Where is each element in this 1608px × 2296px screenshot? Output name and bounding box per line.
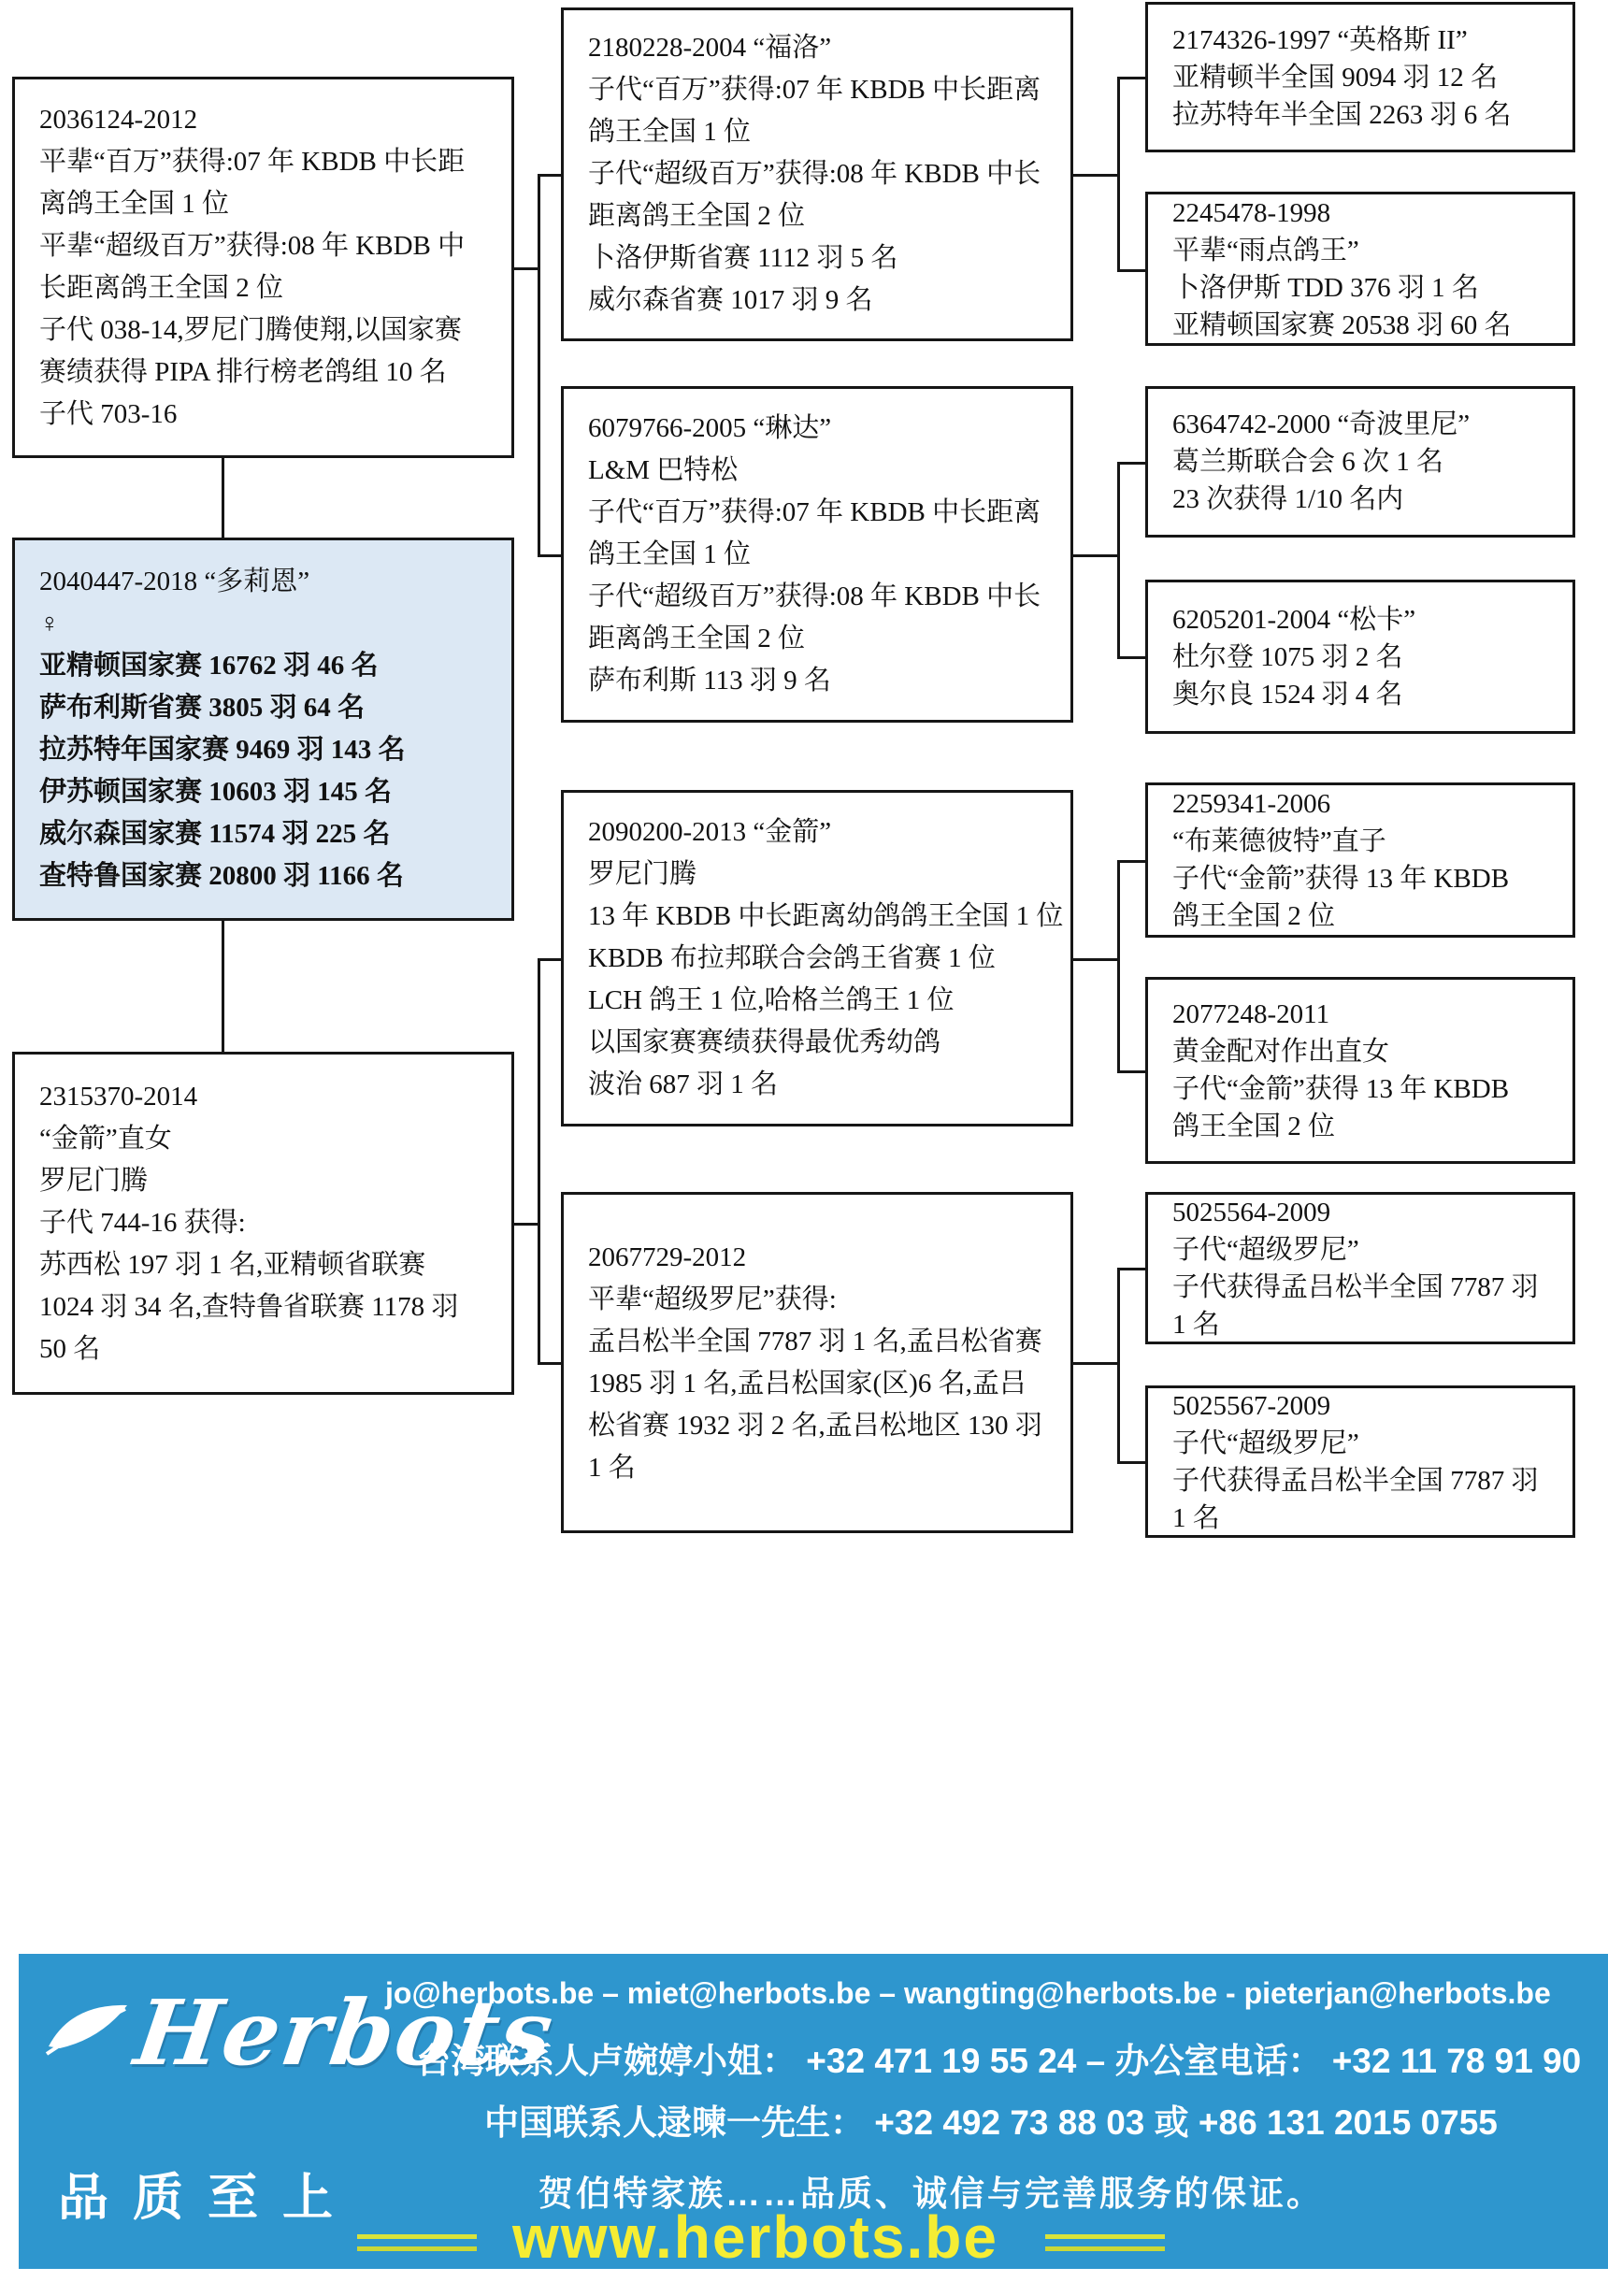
text-line: 奥尔良 1524 羽 4 名 [1172,676,1561,713]
text-line: 6364742-2000 “奇波里尼” [1172,406,1561,443]
text-line: “金箭”直女 [39,1118,500,1160]
text-line: 子代 703-16 [39,394,500,436]
text-line: 鸽王全国 1 位 [588,111,1059,153]
connector-line [222,458,224,538]
pedigree-box-grandparent-6: 2077248-2011黄金配对作出直女子代“金箭”获得 13 年 KBDB鸽王… [1145,977,1575,1164]
text-line: 2077248-2011 [1172,996,1561,1033]
text-line: 子代“超级罗尼” [1172,1425,1561,1462]
text-line: “布莱德彼特”直子 [1172,823,1561,860]
text-line: 子代“金箭”获得 13 年 KBDB [1172,1070,1561,1108]
text-line: LCH 鸽王 1 位,哈格兰鸽王 1 位 [588,980,1059,1022]
text-line: 波治 687 羽 1 名 [588,1064,1059,1106]
pedigree-box-sire-dam: 6079766-2005 “琳达”L&M 巴特松子代“百万”获得:07 年 KB… [561,386,1073,723]
pedigree-box-grandparent-3: 6364742-2000 “奇波里尼”葛兰斯联合会 6 次 1 名23 次获得 … [1145,386,1575,538]
text-line: 查特鲁国家赛 20800 羽 1166 名 [39,855,500,897]
pedigree-box-dam-sire: 2090200-2013 “金箭”罗尼门腾13 年 KBDB 中长距离幼鸽鸽王全… [561,790,1073,1126]
text-line: 2180228-2004 “福洛” [588,27,1059,69]
contact-china: 中国联系人逯暕一先生： +32 492 73 88 03 或 +86 131 2… [484,2094,1498,2145]
box-text: 2315370-2014“金箭”直女罗尼门腾子代 744-16 获得:苏西松 1… [39,1076,500,1370]
connector-line [1073,958,1117,961]
pedigree-box-grandparent-8: 5025567-2009子代“超级罗尼”子代获得孟吕松半全国 7787 羽1 名 [1145,1385,1575,1538]
text-line: 6079766-2005 “琳达” [588,408,1059,450]
connector-line [1117,1268,1120,1464]
text-line: 伊苏顿国家赛 10603 羽 145 名 [39,771,500,813]
box-text: 2259341-2006“布莱德彼特”直子子代“金箭”获得 13 年 KBDB鸽… [1172,785,1561,935]
text-line: 萨布利斯 113 羽 9 名 [588,660,1059,702]
connector-line [1117,77,1145,79]
text-line: 子代“金箭”获得 13 年 KBDB [1172,860,1561,897]
text-line: 2067729-2012 [588,1237,1059,1279]
text-line: 2036124-2012 [39,99,500,141]
text-line: 50 名 [39,1328,500,1370]
text-line: 鸽王全国 2 位 [1172,1108,1561,1145]
connector-line [1073,554,1117,557]
connector-line [538,554,561,557]
text-line: 5025564-2009 [1172,1194,1561,1231]
text-line: 鸽王全国 1 位 [588,534,1059,576]
box-text: 2090200-2013 “金箭”罗尼门腾13 年 KBDB 中长距离幼鸽鸽王全… [588,811,1059,1106]
connector-line [1117,1070,1145,1073]
text-line: 罗尼门腾 [39,1160,500,1202]
text-line: 黄金配对作出直女 [1172,1033,1561,1070]
text-line: 2259341-2006 [1172,785,1561,823]
connector-line [538,174,561,177]
text-line: 平辈“超级百万”获得:08 年 KBDB 中 [39,225,500,267]
text-line: 子代 744-16 获得: [39,1202,500,1244]
pedigree-box-subject: 2040447-2018 “多莉恩”♀亚精顿国家赛 16762 羽 46 名萨布… [12,538,514,921]
text-line: 离鸽王全国 1 位 [39,183,500,225]
text-line: 萨布利斯省赛 3805 羽 64 名 [39,687,500,729]
text-line: 长距离鸽王全国 2 位 [39,267,500,309]
contact-emails: jo@herbots.be – miet@herbots.be – wangti… [385,1976,1551,2011]
connector-line [538,958,540,1365]
pedigree-box-dam-dam: 2067729-2012平辈“超级罗尼”获得:孟吕松半全国 7787 羽 1 名… [561,1192,1073,1533]
box-text: 2040447-2018 “多莉恩”♀亚精顿国家赛 16762 羽 46 名萨布… [39,561,500,897]
text-line: 2174326-1997 “英格斯 II” [1172,22,1561,59]
box-text: 6364742-2000 “奇波里尼”葛兰斯联合会 6 次 1 名23 次获得 … [1172,406,1561,518]
text-line: 6205201-2004 “松卡” [1172,601,1561,639]
double-line-decoration [1045,2234,1165,2251]
text-line: 苏西松 197 羽 1 名,亚精顿省联赛 [39,1244,500,1286]
text-line: 平辈“百万”获得:07 年 KBDB 中长距 [39,141,500,183]
box-text: 2174326-1997 “英格斯 II”亚精顿半全国 9094 羽 12 名拉… [1172,22,1561,134]
text-line: 1 名 [1172,1500,1561,1537]
pedigree-box-grandparent-2: 2245478-1998平辈“雨点鸽王”卜洛伊斯 TDD 376 羽 1 名亚精… [1145,192,1575,346]
pedigree-box-sire-sire: 2180228-2004 “福洛”子代“百万”获得:07 年 KBDB 中长距离… [561,7,1073,341]
text-line: 孟吕松半全国 7787 羽 1 名,孟吕松省赛 [588,1321,1059,1363]
text-line: 距离鸽王全国 2 位 [588,618,1059,660]
text-line: 卜洛伊斯省赛 1112 羽 5 名 [588,237,1059,280]
pedigree-box-sire: 2036124-2012平辈“百万”获得:07 年 KBDB 中长距离鸽王全国 … [12,77,514,458]
box-text: 5025564-2009子代“超级罗尼”子代获得孟吕松半全国 7787 羽1 名 [1172,1194,1561,1343]
text-line: 2090200-2013 “金箭” [588,811,1059,854]
connector-line [1117,1461,1145,1464]
text-line: ♀ [39,603,500,645]
connector-line [1117,462,1145,465]
double-line-decoration [357,2234,477,2251]
connector-line [1117,1268,1145,1270]
box-text: 2180228-2004 “福洛”子代“百万”获得:07 年 KBDB 中长距离… [588,27,1059,322]
box-text: 5025567-2009子代“超级罗尼”子代获得孟吕松半全国 7787 羽1 名 [1172,1387,1561,1537]
connector-line [1117,860,1120,1073]
text-line: 5025567-2009 [1172,1387,1561,1425]
text-line: 亚精顿半全国 9094 羽 12 名 [1172,59,1561,96]
connector-line [1073,174,1117,177]
text-line: 卜洛伊斯 TDD 376 羽 1 名 [1172,269,1561,307]
connector-line [1117,860,1145,863]
text-line: 子代“超级百万”获得:08 年 KBDB 中长 [588,576,1059,618]
pedigree-box-grandparent-1: 2174326-1997 “英格斯 II”亚精顿半全国 9094 羽 12 名拉… [1145,2,1575,152]
text-line: 亚精顿国家赛 16762 羽 46 名 [39,645,500,687]
text-line: 23 次获得 1/10 名内 [1172,481,1561,518]
box-text: 2245478-1998平辈“雨点鸽王”卜洛伊斯 TDD 376 羽 1 名亚精… [1172,194,1561,344]
text-line: 2040447-2018 “多莉恩” [39,561,500,603]
text-line: 子代 038-14,罗尼门腾使翔,以国家赛 [39,309,500,352]
box-text: 6079766-2005 “琳达”L&M 巴特松子代“百万”获得:07 年 KB… [588,408,1059,702]
contact-taiwan: 台湾联系人卢婉婷小姐： +32 471 19 55 24 – 办公室电话： +3… [416,2032,1581,2083]
text-line: KBDB 布拉邦联合会鸽王省赛 1 位 [588,938,1059,980]
text-line: 杜尔登 1075 羽 2 名 [1172,639,1561,676]
text-line: 拉苏特年半全国 2263 羽 6 名 [1172,96,1561,134]
text-line: 威尔森省赛 1017 羽 9 名 [588,280,1059,322]
pedigree-chart: 2036124-2012平辈“百万”获得:07 年 KBDB 中长距离鸽王全国 … [0,0,1608,2296]
text-line: 子代“超级百万”获得:08 年 KBDB 中长 [588,153,1059,195]
pedigree-box-grandparent-7: 5025564-2009子代“超级罗尼”子代获得孟吕松半全国 7787 羽1 名 [1145,1192,1575,1344]
text-line: 1024 羽 34 名,查特鲁省联赛 1178 羽 [39,1286,500,1328]
box-text: 2067729-2012平辈“超级罗尼”获得:孟吕松半全国 7787 羽 1 名… [588,1237,1059,1489]
connector-line [1117,77,1120,272]
pedigree-box-grandparent-5: 2259341-2006“布莱德彼特”直子子代“金箭”获得 13 年 KBDB鸽… [1145,782,1575,938]
feather-icon [45,1998,131,2068]
text-line: 子代“百万”获得:07 年 KBDB 中长距离 [588,492,1059,534]
connector-line [1073,1362,1117,1365]
logo-tagline: 品质至上 [58,2158,357,2230]
connector-line [1117,656,1145,659]
text-line: 平辈“雨点鸽王” [1172,232,1561,269]
herbots-banner: Herbots 品质至上 jo@herbots.be – miet@herbot… [19,1954,1608,2269]
connector-line [538,958,561,961]
text-line: 赛绩获得 PIPA 排行榜老鸽组 10 名 [39,352,500,394]
text-line: 威尔森国家赛 11574 羽 225 名 [39,813,500,855]
box-text: 6205201-2004 “松卡”杜尔登 1075 羽 2 名奥尔良 1524 … [1172,601,1561,713]
text-line: 以国家赛赛绩获得最优秀幼鸽 [588,1022,1059,1064]
connector-line [538,174,540,557]
connector-line [514,1223,538,1226]
text-line: 1985 羽 1 名,孟吕松国家(区)6 名,孟吕 [588,1363,1059,1405]
website-url: www.herbots.be [512,2203,998,2269]
box-text: 2036124-2012平辈“百万”获得:07 年 KBDB 中长距离鸽王全国 … [39,99,500,436]
text-line: L&M 巴特松 [588,450,1059,492]
connector-line [514,267,538,270]
connector-line [1117,462,1120,659]
text-line: 松省赛 1932 羽 2 名,孟吕松地区 130 羽 [588,1405,1059,1447]
text-line: 罗尼门腾 [588,854,1059,896]
text-line: 2245478-1998 [1172,194,1561,232]
pedigree-box-dam: 2315370-2014“金箭”直女罗尼门腾子代 744-16 获得:苏西松 1… [12,1052,514,1395]
text-line: 子代获得孟吕松半全国 7787 羽 [1172,1269,1561,1306]
text-line: 葛兰斯联合会 6 次 1 名 [1172,443,1561,481]
connector-line [1117,269,1145,272]
box-text: 2077248-2011黄金配对作出直女子代“金箭”获得 13 年 KBDB鸽王… [1172,996,1561,1145]
text-line: 距离鸽王全国 2 位 [588,195,1059,237]
text-line: 1 名 [1172,1306,1561,1343]
text-line: 子代“百万”获得:07 年 KBDB 中长距离 [588,69,1059,111]
text-line: 平辈“超级罗尼”获得: [588,1279,1059,1321]
pedigree-box-grandparent-4: 6205201-2004 “松卡”杜尔登 1075 羽 2 名奥尔良 1524 … [1145,580,1575,734]
text-line: 鸽王全国 2 位 [1172,897,1561,935]
text-line: 子代“超级罗尼” [1172,1231,1561,1269]
text-line: 13 年 KBDB 中长距离幼鸽鸽王全国 1 位 [588,896,1059,938]
connector-line [222,921,224,1052]
connector-line [538,1362,561,1365]
text-line: 亚精顿国家赛 20538 羽 60 名 [1172,307,1561,344]
text-line: 拉苏特年国家赛 9469 羽 143 名 [39,729,500,771]
text-line: 2315370-2014 [39,1076,500,1118]
text-line: 子代获得孟吕松半全国 7787 羽 [1172,1462,1561,1500]
text-line: 1 名 [588,1447,1059,1489]
